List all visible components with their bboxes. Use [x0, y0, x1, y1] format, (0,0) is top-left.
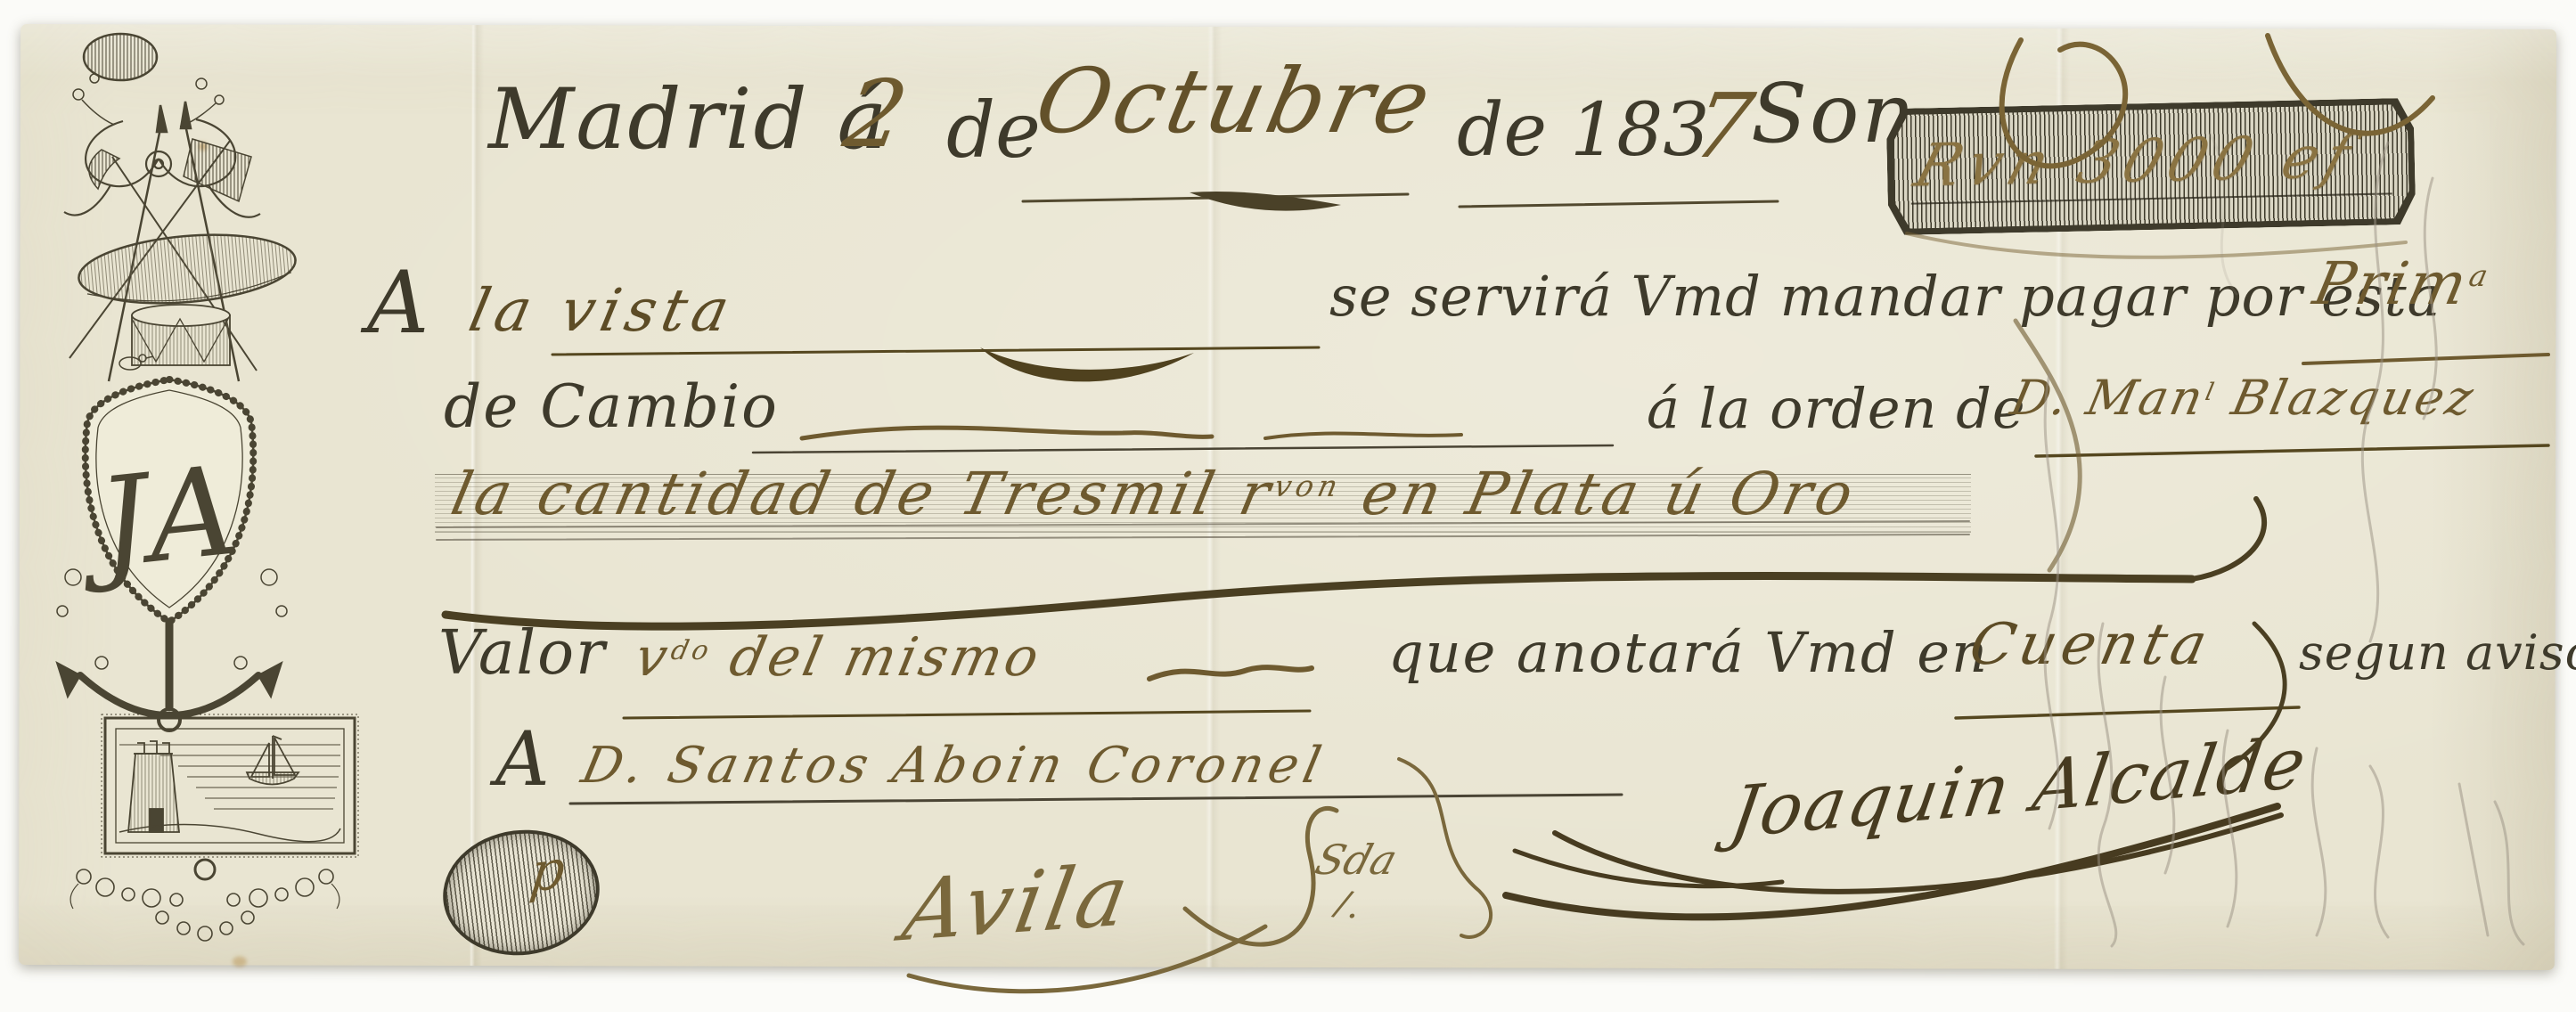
- printed-de: de: [946, 93, 1041, 169]
- floral-sprigs: [73, 74, 224, 126]
- printed-city-madrid: Madrid á: [488, 78, 889, 162]
- printed-order-clause: á la orden de: [1647, 381, 2026, 437]
- drum: [132, 305, 230, 365]
- payee-surname: Blazquez: [2209, 370, 2481, 426]
- handwritten-drawee: D. Santos Aboin Coronel: [577, 741, 1330, 791]
- handwritten-term: la vista: [464, 282, 740, 340]
- medallion-oval: [84, 34, 157, 80]
- engraved-emblem-column: JA: [27, 32, 376, 950]
- amount-words-rest: en Plata ú Oro: [1333, 460, 1863, 528]
- number-plaque: [76, 227, 298, 312]
- printed-drawee-a: A: [495, 722, 550, 796]
- printed-pay-clause: se servirá Vmd mandar pagar por esta: [1329, 269, 2441, 324]
- stamp-mark: p: [527, 837, 568, 905]
- handwritten-payee: D. Manl Blazquez: [2007, 374, 2480, 422]
- sailboat: [247, 736, 298, 785]
- printed-de-cambio: de Cambio: [444, 378, 779, 437]
- scanned-bill-of-exchange: JA: [0, 0, 2576, 1012]
- handwritten-account: Cuenta: [1965, 616, 2217, 673]
- copy-base: Prim: [2308, 249, 2475, 318]
- valor-superscript: do: [668, 635, 716, 666]
- foxing-stain: [233, 957, 247, 967]
- printed-year-prefix: de 183: [1457, 94, 1710, 167]
- floral-garland: [70, 860, 339, 941]
- amount-words-base: la cantidad de Tresmil r: [446, 460, 1280, 528]
- printed-valor: Valor: [438, 624, 607, 684]
- engraved-amount-box: Rvn 3000 ef: [1886, 98, 2417, 235]
- handwritten-place: Avila: [897, 853, 1138, 954]
- shield: JA: [70, 379, 253, 622]
- valor-rest: del mismo: [704, 626, 1048, 689]
- handwritten-note: Sda: [1311, 839, 1402, 880]
- handwritten-month: Octubre: [1028, 57, 1441, 146]
- payee-base: D. Man: [2006, 370, 2210, 426]
- seascape-vignette: [102, 714, 358, 857]
- handwritten-amount-in-words: la cantidad de Tresmil rvon en Plata ú O…: [446, 465, 1862, 524]
- printed-term-a: A: [367, 260, 429, 346]
- watchtower: [128, 741, 179, 832]
- amount-words-superscript: von: [1272, 469, 1345, 503]
- handwritten-value-received: vdo del mismo: [631, 631, 1047, 684]
- handwritten-amount-figures: Rvn 3000 ef: [1907, 122, 2365, 200]
- handwritten-copy-ordinal: Prima: [2309, 255, 2494, 314]
- printed-aviso-clause: segun aviso: [2299, 629, 2576, 677]
- printed-account-clause: que anotará Vmd en: [1388, 625, 1989, 681]
